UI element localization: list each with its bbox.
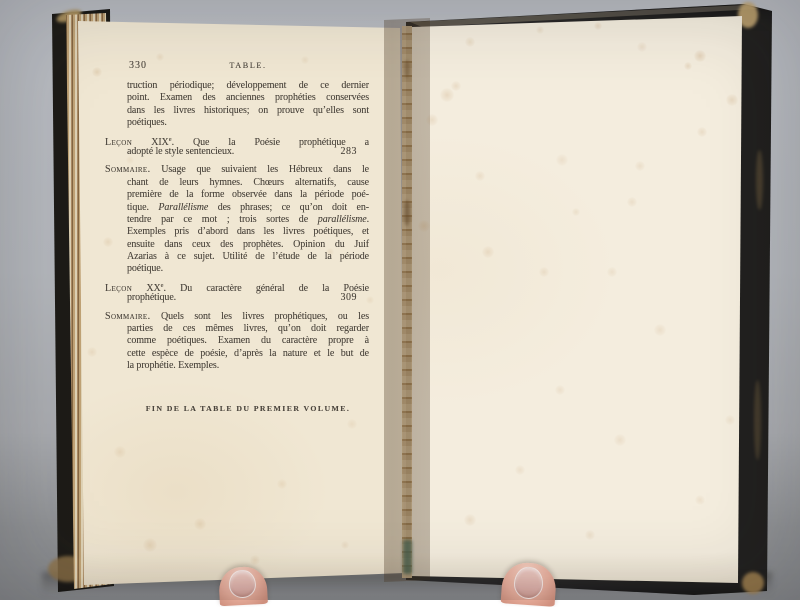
- foxing-spot: [635, 161, 645, 171]
- foxing-spot: [114, 446, 126, 458]
- toc-line: Azarias à ce sujet. Utilité de l’étude d…: [127, 251, 369, 263]
- foxing-spot: [654, 324, 666, 336]
- foxing-spot: [103, 237, 113, 247]
- toc-line: comme poétiques. Examen du caractère pro…: [127, 335, 369, 347]
- foxing-spot: [418, 220, 430, 232]
- foxing-spot: [627, 197, 637, 207]
- toc-line: 309prophétique.: [127, 292, 369, 304]
- toc-line: ensuite dans ceux des prophètes. Opinion…: [127, 239, 369, 251]
- foxing-spot: [555, 385, 565, 395]
- foxing-spot: [87, 347, 97, 357]
- toc-line: tendre par ce mot ; trois sortes de para…: [127, 214, 369, 226]
- toc-block-sommaire: Sommaire. Usage que suivaient les Hébreu…: [127, 164, 369, 276]
- foxing-spot: [725, 415, 735, 425]
- toc-line: Sommaire. Quels sont les livres prophéti…: [127, 311, 369, 323]
- toc-block-entry: Leçon XIXe. Que la Poésie prophétique a2…: [127, 134, 369, 159]
- toc-line: Exemples pris d’abord dans les livres po…: [127, 226, 369, 238]
- printed-text-column: 330 TABLE. truction périodique; développ…: [127, 60, 369, 373]
- foxing-spot: [515, 465, 525, 475]
- foxing-spot: [194, 518, 206, 530]
- table-footer: FIN DE LA TABLE DU PREMIER VOLUME.: [127, 404, 369, 413]
- table-of-contents: truction périodique; développement de ce…: [127, 80, 369, 373]
- toc-line: première de la forme observée dans la pé…: [127, 189, 369, 201]
- toc-block-paragraph: truction périodique; développement de ce…: [127, 80, 369, 130]
- toc-line: cette espèce de poésie, d’après la natur…: [127, 348, 369, 360]
- foxing-spot: [726, 94, 738, 106]
- toc-line: parties de ces mêmes livres, qu’on doit …: [127, 323, 369, 335]
- toc-block-sommaire: Sommaire. Quels sont les livres prophéti…: [127, 311, 369, 373]
- foxing-spots-layer: [0, 0, 800, 600]
- foxing-spot: [614, 434, 626, 446]
- foxing-spot: [482, 246, 494, 258]
- foxing-spot: [250, 555, 260, 565]
- toc-line: dans les livres historiques; on prouve q…: [127, 105, 369, 117]
- toc-line: Sommaire. Usage que suivaient les Hébreu…: [127, 164, 369, 176]
- toc-page-ref: 309: [341, 292, 358, 304]
- foxing-spot: [536, 26, 544, 34]
- foxing-spot: [585, 530, 595, 540]
- fingernail: [228, 569, 256, 598]
- toc-line: tique. Parallélisme des phrases; ce qu’o…: [127, 202, 369, 214]
- foxing-spot: [475, 171, 485, 181]
- toc-line: poétique.: [127, 263, 369, 275]
- page-header: 330 TABLE.: [127, 60, 369, 72]
- foxing-spot: [465, 37, 475, 47]
- toc-line: Leçon XXe. Du caractère général de la Po…: [127, 280, 369, 292]
- toc-line: truction périodique; développement de ce…: [127, 80, 369, 92]
- foxing-spot: [684, 62, 692, 70]
- foxing-spot: [464, 514, 476, 526]
- foxing-spot: [694, 50, 706, 62]
- foxing-spot: [440, 88, 454, 102]
- toc-line: Leçon XIXe. Que la Poésie prophétique a: [127, 134, 369, 146]
- foxing-spot: [426, 114, 438, 126]
- foxing-spot: [347, 419, 357, 429]
- foxing-spot: [572, 208, 580, 216]
- toc-block-entry: Leçon XXe. Du caractère général de la Po…: [127, 280, 369, 305]
- foxing-spot: [277, 479, 287, 489]
- foxing-spot: [697, 127, 707, 137]
- toc-line: la prophétie. Exemples.: [127, 360, 369, 372]
- foxing-spot: [92, 67, 102, 77]
- foxing-spot: [341, 541, 349, 549]
- foxing-spot: [695, 495, 705, 505]
- toc-line: chant de leurs hymnes. Chœurs alternatif…: [127, 177, 369, 189]
- book-photograph: 330 TABLE. truction périodique; développ…: [0, 0, 800, 600]
- foxing-spot: [637, 42, 647, 52]
- toc-line: poétiques.: [127, 117, 369, 129]
- foxing-spot: [451, 81, 461, 91]
- fingernail: [513, 566, 544, 600]
- running-title: TABLE.: [127, 61, 369, 70]
- foxing-spot: [143, 538, 157, 552]
- foxing-spot: [594, 22, 602, 30]
- foxing-spot: [539, 267, 549, 277]
- foxing-spot: [556, 154, 568, 166]
- foxing-spot: [607, 267, 617, 277]
- toc-line: point. Examen des anciennes prophéties c…: [127, 92, 369, 104]
